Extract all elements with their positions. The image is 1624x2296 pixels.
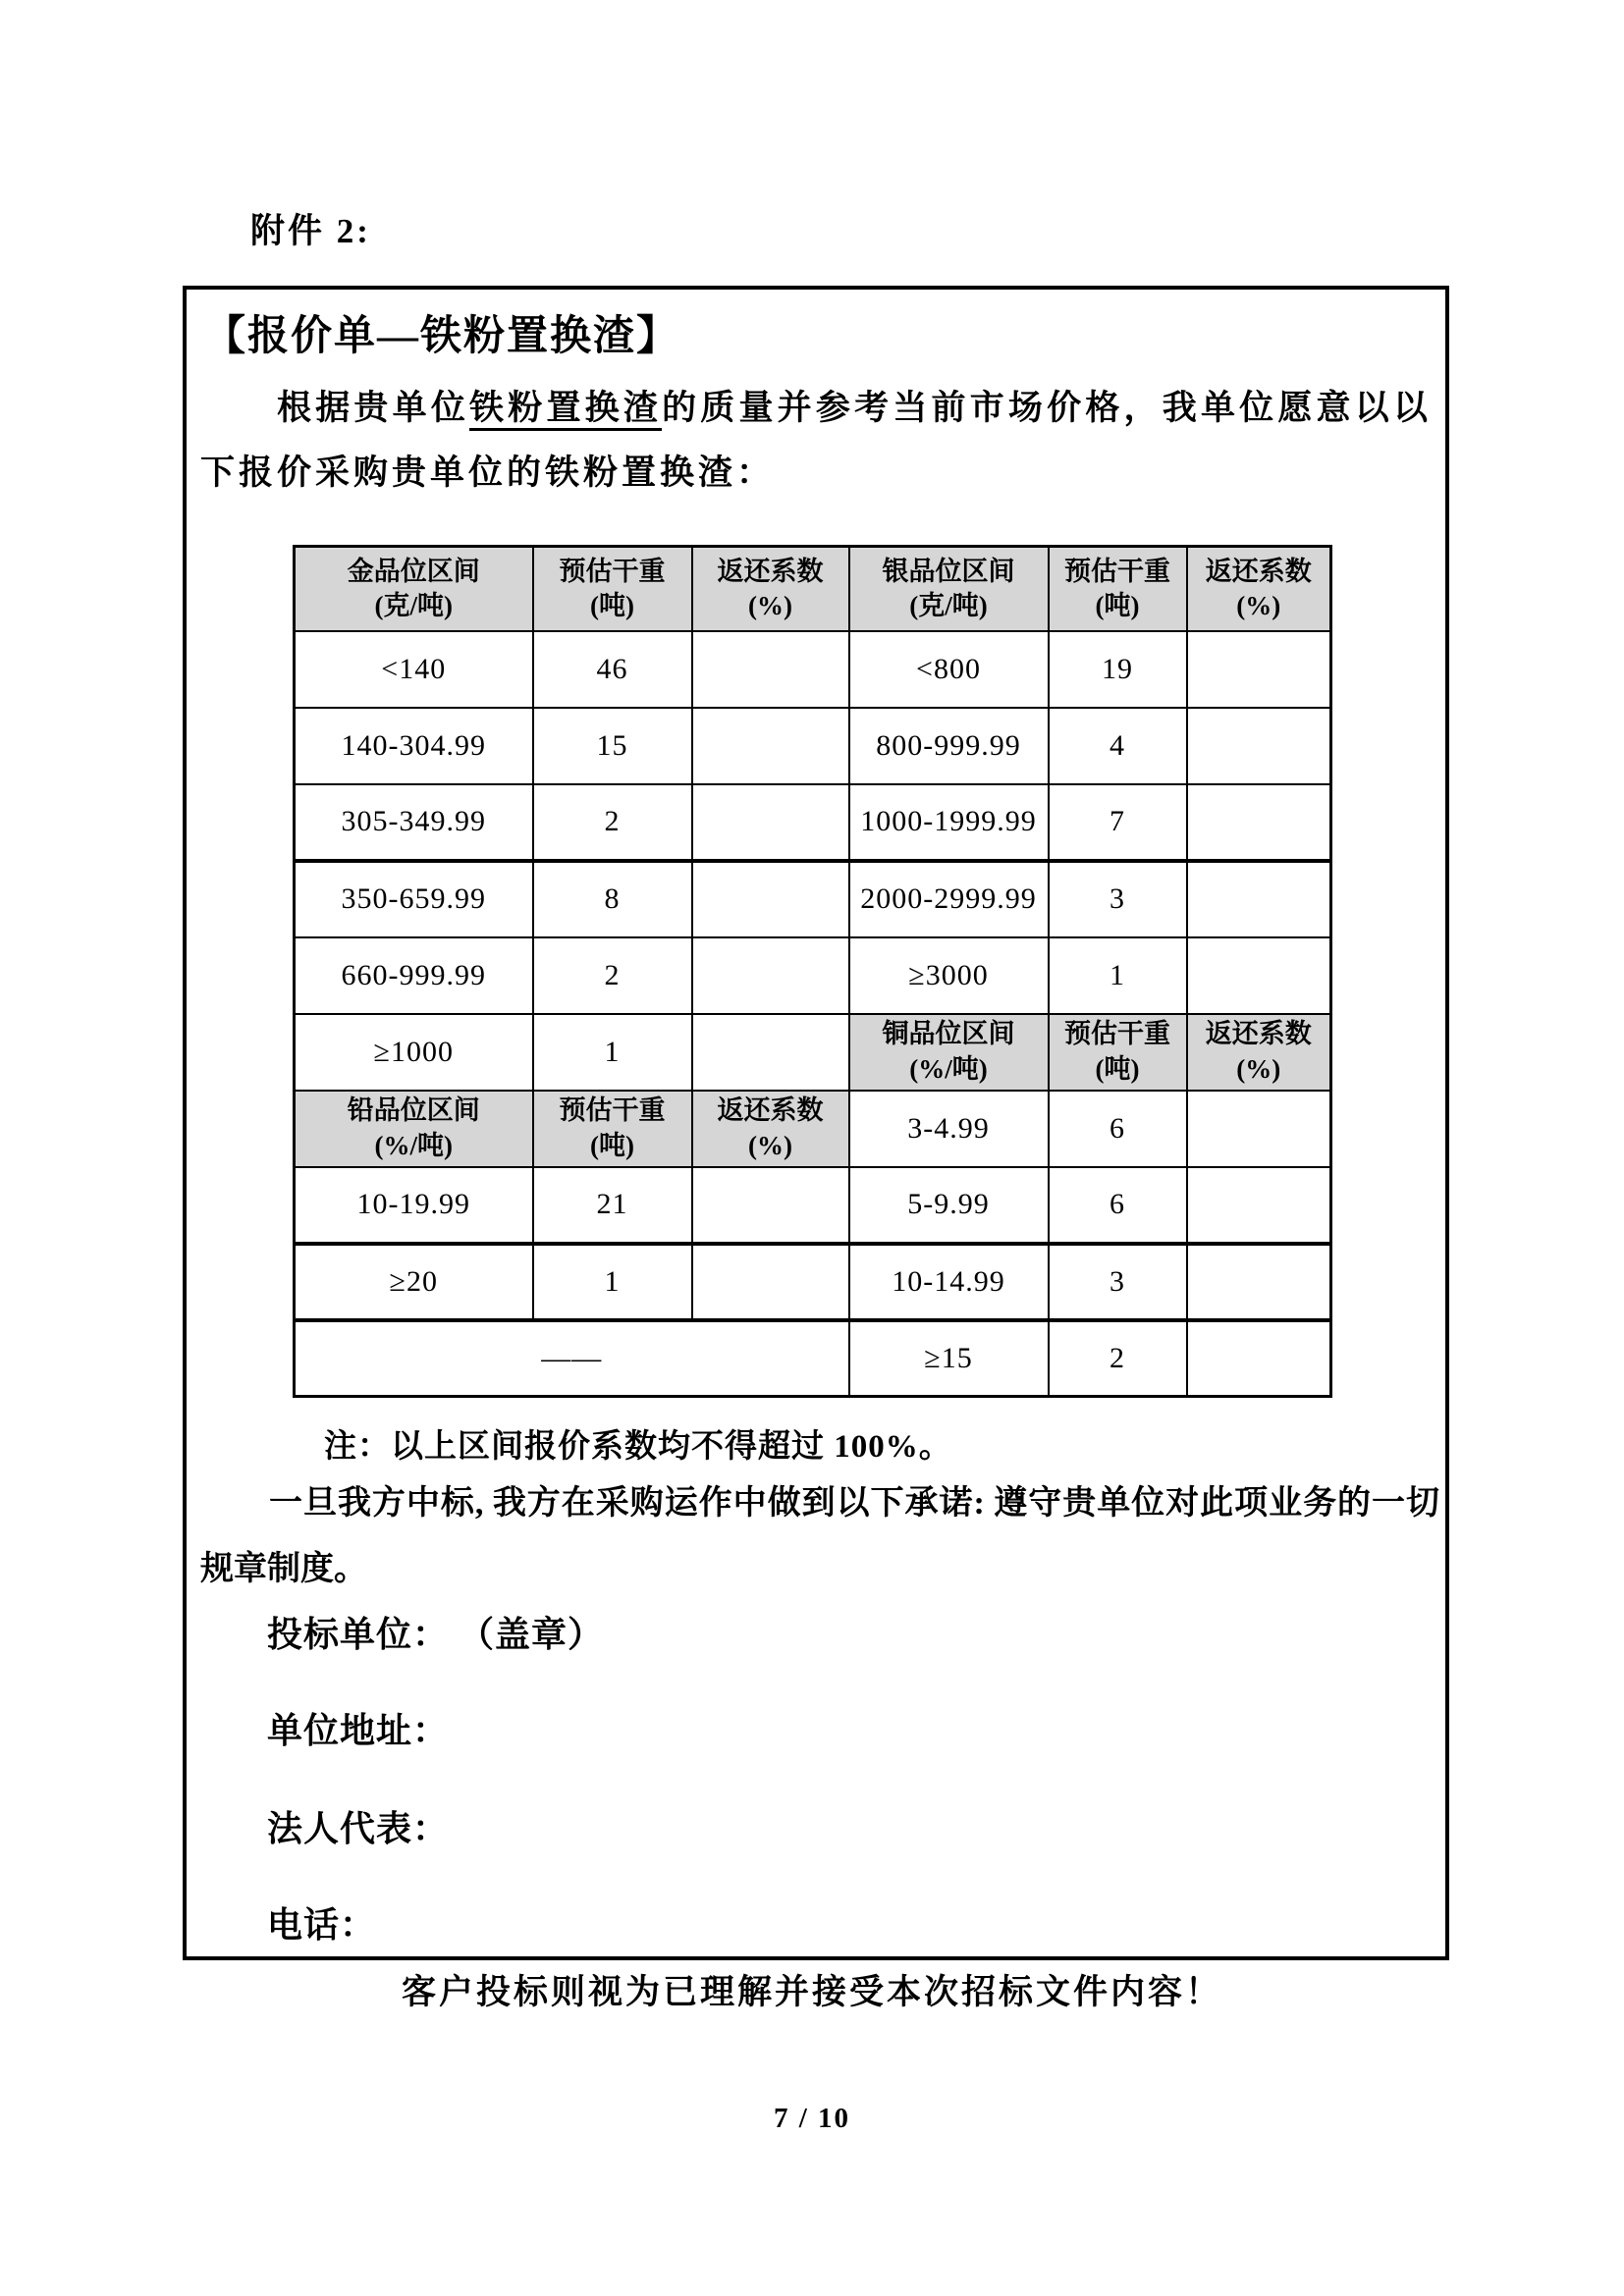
- table-row: ≥20110-14.993: [295, 1244, 1331, 1320]
- table-cell: [1187, 631, 1331, 708]
- table-cell: 6: [1049, 1167, 1187, 1244]
- table-cell: 3-4.99: [849, 1091, 1049, 1167]
- table-cell: 800-999.99: [849, 708, 1049, 784]
- table-row: ——≥152: [295, 1320, 1331, 1397]
- table-header-cell: 返还系数 (%): [1187, 547, 1331, 631]
- table-cell: 6: [1049, 1091, 1187, 1167]
- table-cell: 140-304.99: [295, 708, 533, 784]
- table-header-row: 金品位区间 (克/吨)预估干重 (吨)返还系数 (%)银品位区间 (克/吨)预估…: [295, 547, 1331, 631]
- quote-table-body: 金品位区间 (克/吨)预估干重 (吨)返还系数 (%)银品位区间 (克/吨)预估…: [295, 547, 1331, 1397]
- table-cell: 3: [1049, 1244, 1187, 1320]
- table-row: 140-304.9915800-999.994: [295, 708, 1331, 784]
- table-row: 350-659.9982000-2999.993: [295, 861, 1331, 937]
- table-row: 660-999.992≥30001: [295, 937, 1331, 1014]
- table-cell: 4: [1049, 708, 1187, 784]
- table-cell: ≥20: [295, 1244, 533, 1320]
- table-cell: [692, 1014, 849, 1091]
- table-cell: <140: [295, 631, 533, 708]
- table-row: 305-349.9921000-1999.997: [295, 784, 1331, 861]
- table-cell: 350-659.99: [295, 861, 533, 937]
- table-row: ≥10001铜品位区间 (%/吨)预估干重 (吨)返还系数 (%): [295, 1014, 1331, 1091]
- bidder-label: 投标单位： （盖章）: [267, 1607, 604, 1657]
- table-header-cell: 预估干重 (吨): [533, 547, 692, 631]
- table-cell: [692, 937, 849, 1014]
- intro-paragraph: 根据贵单位铁粉置换渣的质量并参考当前市场价格，我单位愿意以以下报价采购贵单位的铁…: [200, 376, 1432, 506]
- table-header-cell: 返还系数 (%): [692, 1091, 849, 1167]
- table-cell: 10-14.99: [849, 1244, 1049, 1320]
- table-cell: ≥15: [849, 1320, 1049, 1397]
- table-note: 注：以上区间报价系数均不得超过 100%。: [324, 1420, 952, 1467]
- table-header-cell: 返还系数 (%): [692, 547, 849, 631]
- table-cell: 8: [533, 861, 692, 937]
- table-header-cell: 预估干重 (吨): [1049, 547, 1187, 631]
- attachment-label: 附件 2:: [250, 204, 371, 253]
- table-header-cell: 银品位区间 (克/吨): [849, 547, 1049, 631]
- quote-title: 【报价单—铁粉置换渣】: [204, 303, 679, 362]
- address-label: 单位地址：: [267, 1703, 449, 1753]
- table-cell: ≥3000: [849, 937, 1049, 1014]
- table-cell: [692, 708, 849, 784]
- table-cell: 21: [533, 1167, 692, 1244]
- table-cell: 2000-2999.99: [849, 861, 1049, 937]
- table-cell: [1187, 1320, 1331, 1397]
- table-cell: ——: [295, 1320, 849, 1397]
- table-header-cell: 金品位区间 (克/吨): [295, 547, 533, 631]
- table-cell: 15: [533, 708, 692, 784]
- table-cell: [692, 1244, 849, 1320]
- table-cell: ≥1000: [295, 1014, 533, 1091]
- footer-note: 客户投标则视为已理解并接受本次招标文件内容！: [0, 1965, 1624, 2014]
- table-cell: [692, 1167, 849, 1244]
- table-cell: [692, 631, 849, 708]
- table-header-cell: 铅品位区间 (%/吨): [295, 1091, 533, 1167]
- table-cell: [1187, 1167, 1331, 1244]
- commitment-paragraph: 一旦我方中标, 我方在采购运作中做到以下承诺: 遵守贵单位对此项业务的一切规章制…: [200, 1470, 1439, 1602]
- quote-box: 【报价单—铁粉置换渣】 根据贵单位铁粉置换渣的质量并参考当前市场价格，我单位愿意…: [183, 286, 1449, 1960]
- table-cell: 7: [1049, 784, 1187, 861]
- table-cell: [692, 861, 849, 937]
- table-cell: 19: [1049, 631, 1187, 708]
- table-cell: 46: [533, 631, 692, 708]
- table-cell: 5-9.99: [849, 1167, 1049, 1244]
- table-row: <14046<80019: [295, 631, 1331, 708]
- table-cell: [1187, 861, 1331, 937]
- table-header-cell: 铜品位区间 (%/吨): [849, 1014, 1049, 1091]
- table-cell: <800: [849, 631, 1049, 708]
- table-cell: 660-999.99: [295, 937, 533, 1014]
- table-cell: 1: [1049, 937, 1187, 1014]
- table-cell: 3: [1049, 861, 1187, 937]
- table-cell: 2: [533, 784, 692, 861]
- document-page: 附件 2: 【报价单—铁粉置换渣】 根据贵单位铁粉置换渣的质量并参考当前市场价格…: [0, 0, 1624, 2296]
- table-cell: [692, 784, 849, 861]
- table-cell: [1187, 1244, 1331, 1320]
- table-cell: 2: [533, 937, 692, 1014]
- phone-label: 电话：: [267, 1897, 376, 1948]
- table-cell: [1187, 1091, 1331, 1167]
- table-cell: 10-19.99: [295, 1167, 533, 1244]
- legal-rep-label: 法人代表：: [267, 1801, 449, 1851]
- table-row: 铅品位区间 (%/吨)预估干重 (吨)返还系数 (%)3-4.996: [295, 1091, 1331, 1167]
- table-cell: 1: [533, 1244, 692, 1320]
- table-cell: [1187, 937, 1331, 1014]
- page-number: 7 / 10: [0, 2103, 1624, 2135]
- table-header-cell: 预估干重 (吨): [533, 1091, 692, 1167]
- table-cell: [1187, 784, 1331, 861]
- table-row: 10-19.99215-9.996: [295, 1167, 1331, 1244]
- table-header-cell: 预估干重 (吨): [1049, 1014, 1187, 1091]
- table-cell: 1000-1999.99: [849, 784, 1049, 861]
- intro-text-before: 根据贵单位: [277, 389, 469, 427]
- table-header-cell: 返还系数 (%): [1187, 1014, 1331, 1091]
- table-cell: [1187, 708, 1331, 784]
- table-cell: 1: [533, 1014, 692, 1091]
- table-cell: 2: [1049, 1320, 1187, 1397]
- table-cell: 305-349.99: [295, 784, 533, 861]
- quote-table: 金品位区间 (克/吨)预估干重 (吨)返还系数 (%)银品位区间 (克/吨)预估…: [293, 545, 1332, 1398]
- underlined-term: 铁粉置换渣: [469, 389, 662, 431]
